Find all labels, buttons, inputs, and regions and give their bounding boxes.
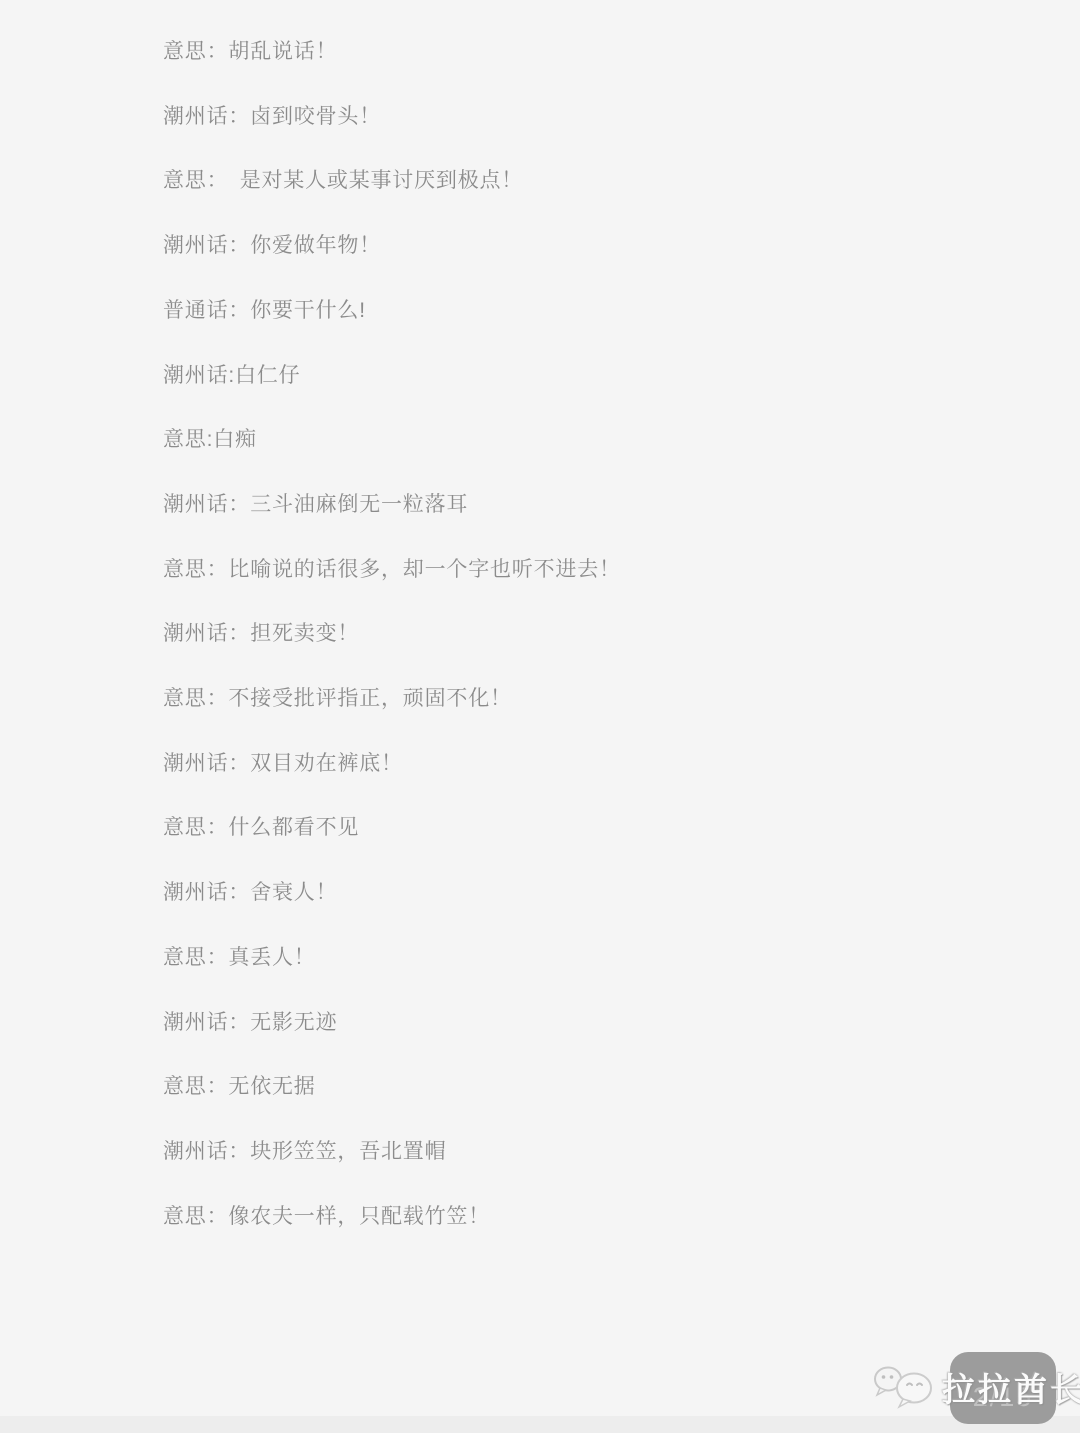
meaning-line: 意思：比喻说的话很多，却一个字也听不进去！ xyxy=(163,538,1040,603)
meaning-line: 意思：像农夫一样，只配载竹笠！ xyxy=(163,1185,1040,1250)
chaozhou-line: 潮州话：舍衰人！ xyxy=(163,861,1040,926)
phrase-list: 意思：胡乱说话！ 潮州话：卤到咬骨头！ 意思： 是对某人或某事讨厌到极点！ 潮州… xyxy=(163,20,1040,1249)
document-page: 意思：胡乱说话！ 潮州话：卤到咬骨头！ 意思： 是对某人或某事讨厌到极点！ 潮州… xyxy=(0,0,1080,1433)
wechat-bubbles-icon xyxy=(872,1362,938,1412)
chaozhou-line: 潮州话：担死卖变！ xyxy=(163,602,1040,667)
watermark-name: 拉拉酋长 xyxy=(942,1364,1080,1411)
meaning-line: 意思：真丢人！ xyxy=(163,926,1040,991)
chaozhou-line: 潮州话:白仁仔 xyxy=(163,344,1040,409)
chaozhou-line: 潮州话：双目劝在裤底！ xyxy=(163,732,1040,797)
meaning-line: 意思：无依无据 xyxy=(163,1055,1040,1120)
meaning-line: 意思：什么都看不见 xyxy=(163,796,1040,861)
mandarin-line: 普通话：你要干什么! xyxy=(163,279,1040,344)
meaning-line: 意思：不接受批评指正，顽固不化！ xyxy=(163,667,1040,732)
meaning-line: 意思：胡乱说话！ xyxy=(163,20,1040,85)
watermark: 拉拉酋长 xyxy=(872,1362,1080,1412)
meaning-line: 意思： 是对某人或某事讨厌到极点！ xyxy=(163,149,1040,214)
meaning-line: 意思:白痴 xyxy=(163,408,1040,473)
chaozhou-line: 潮州话：卤到咬骨头！ xyxy=(163,85,1040,150)
chaozhou-line: 潮州话：三斗油麻倒无一粒落耳 xyxy=(163,473,1040,538)
chaozhou-line: 潮州话：你爱做年物！ xyxy=(163,214,1040,279)
chaozhou-line: 潮州话：无影无迹 xyxy=(163,991,1040,1056)
bottom-strip xyxy=(0,1416,1080,1433)
chaozhou-line: 潮州话：块形笠笠，吾北置帽 xyxy=(163,1120,1040,1185)
